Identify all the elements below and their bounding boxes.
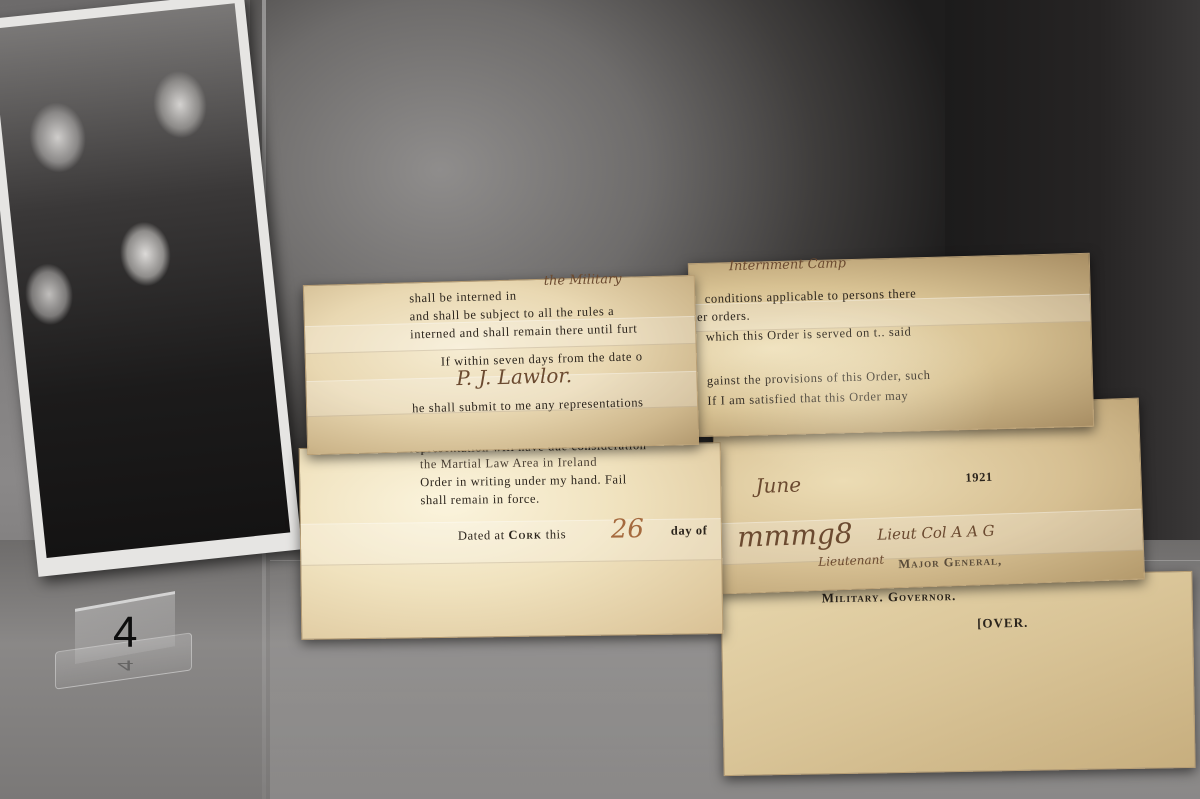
over-label: [OVER.: [977, 615, 1028, 632]
document-line: her orders.: [690, 309, 750, 326]
handwritten-camp: Internment Camp: [729, 256, 846, 274]
document-panel-top-left: the Military shall be interned in and sh…: [303, 275, 699, 455]
day-of-label: day of: [671, 523, 708, 539]
document-panel-bottom-left: representation will have due considerati…: [299, 442, 724, 640]
dated-at-label: Dated at: [458, 528, 505, 543]
handwritten-rank: Lieutenant: [818, 553, 884, 569]
exhibit-number-stand: 4 4: [55, 600, 190, 680]
document-year: 1921: [965, 470, 993, 486]
handwritten-military: the Military: [544, 272, 622, 289]
document-panel-top-right: Internment Camp conditions applicable to…: [688, 253, 1094, 437]
handwritten-signature: mmmg8: [737, 517, 853, 554]
dated-prefix: Dated at Cork this: [458, 527, 566, 544]
document-flap: Military. Governor. [OVER.: [720, 571, 1195, 776]
handwritten-name: P. J. Lawlor.: [456, 363, 572, 390]
handwritten-day: 26: [611, 514, 645, 544]
dated-place: Cork: [508, 528, 542, 542]
display-case: Black-and-white photograph of four young…: [0, 0, 1200, 799]
document-line: shall be interned in: [409, 289, 517, 307]
dated-this-label: this: [546, 527, 567, 541]
document-line: the Martial Law Area in Ireland: [420, 455, 597, 472]
document-line: Order in writing under my hand. Fail: [420, 472, 627, 490]
document-line: If I am satisfied that this Order may: [707, 389, 908, 409]
document-line: gainst the provisions of this Order, suc…: [707, 368, 931, 389]
printed-title-partial: Major General,: [898, 553, 1002, 572]
handwritten-month: June: [755, 472, 801, 498]
document-line: shall remain in force.: [420, 492, 540, 509]
military-governor-title: Military. Governor.: [822, 588, 957, 606]
exhibit-number: 4: [113, 608, 137, 658]
exhibit-number-reflection: 4: [117, 657, 134, 674]
photograph-image: Black-and-white photograph of four young…: [0, 3, 290, 558]
